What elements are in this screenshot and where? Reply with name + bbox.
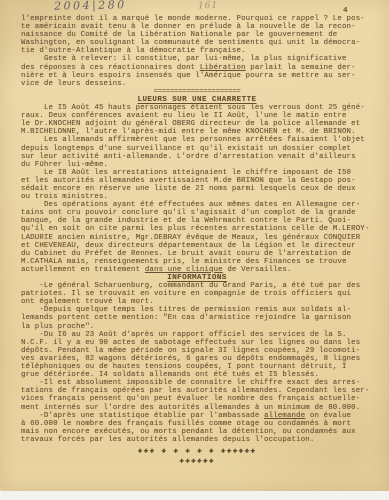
- underlined-word-liberation: Libération: [200, 64, 246, 72]
- typed-cross-marks: +++ + + + + + ++++++ ++++++: [21, 447, 373, 467]
- typed-text-block: l'empreinte dont il a marqué le monde mo…: [21, 15, 373, 467]
- intro-paragraph: l'empreinte dont il a marqué le monde mo…: [21, 15, 373, 88]
- section2-paragraph: -Le général Scharuenburg, commandant du …: [21, 282, 373, 444]
- pencil-number: 161: [198, 1, 219, 12]
- scanned-document: 2004|280 161 4 l'empreinte dont il a mar…: [0, 0, 389, 500]
- scan-background-edge: [0, 491, 389, 500]
- section1-paragraph: Le I5 Août 45 hauts personnages étaient …: [21, 104, 373, 274]
- section1-text-part2: de Versailles.: [223, 266, 292, 274]
- typed-separator-line: =====================: [21, 88, 373, 96]
- underlined-phrase-clinique: dans une clinique: [145, 266, 223, 274]
- page-number: 4: [343, 7, 348, 15]
- section-title-lueurs: LUEURS SUR UNE CHARRETTE: [21, 96, 373, 104]
- paper-sheet: 2004|280 161 4 l'empreinte dont il a mar…: [0, 0, 389, 491]
- underlined-word-allemande: allemande: [264, 412, 305, 420]
- section2-text-part1: -Le général Scharuenburg, commandant du …: [21, 282, 369, 420]
- cross-marks-row1: +++ + + + + + ++++++: [21, 447, 373, 457]
- section-title-informations: INFORMATIONS: [21, 274, 373, 282]
- archival-number-handwritten: 2004|280: [54, 0, 127, 13]
- section1-text-part1: Le I5 Août 45 hauts personnages étaient …: [21, 104, 369, 274]
- cross-marks-row2: ++++++: [21, 457, 373, 467]
